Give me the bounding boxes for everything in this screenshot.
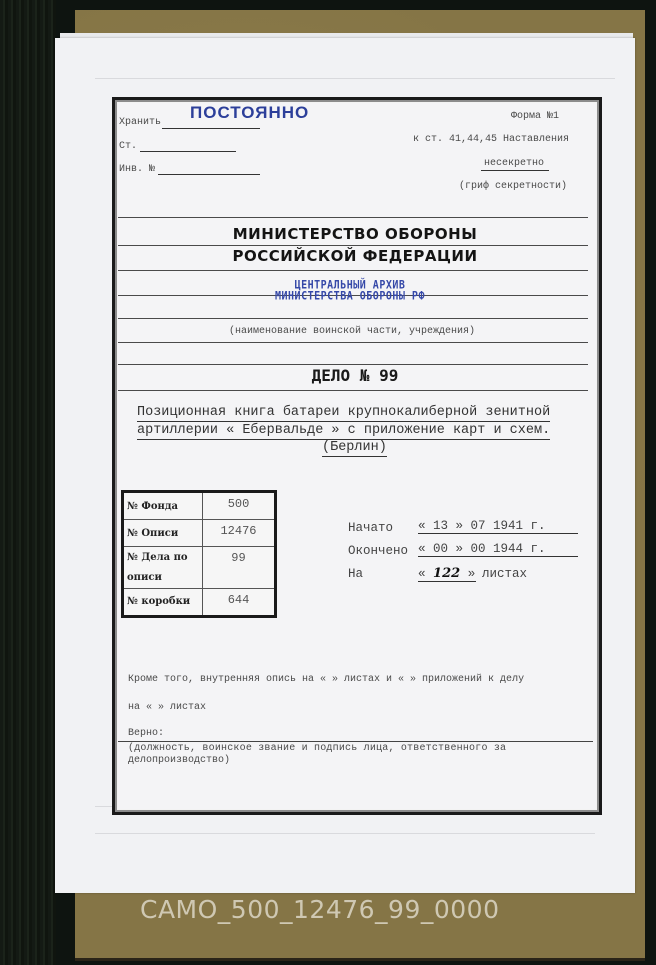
ministry-line-1: МИНИСТЕРСТВО ОБОРОНЫ [150,225,560,243]
store-label: Хранить [119,117,161,128]
opis-value: 12476 [203,520,276,547]
rule [118,342,588,343]
rule [118,318,588,319]
form-number: Форма №1 [511,111,559,122]
opis-label: № Описи [123,520,203,547]
responsible-caption-2: делопроизводство) [128,755,230,766]
ended-label: Окончено [348,544,408,558]
delo-label: № Дела по описи [123,547,203,588]
inventory-sheets-line: на « » листах [128,702,206,713]
signature-line [118,741,593,742]
started-value: « 13 » 07 1941 г. [418,519,578,534]
st-label: Ст. [119,141,137,152]
case-title-line-2: артиллерии « Ебервальде » с приложение к… [137,423,550,440]
fond-value: 500 [203,492,276,520]
permanent-stamp: ПОСТОЯННО [190,103,309,123]
folder-binding [0,0,56,965]
secrecy-caption: (гриф секретности) [459,181,567,192]
sheets-field: « 122 » [418,566,476,582]
sheets-suffix: листах [482,567,527,581]
rule [118,390,588,391]
store-line [162,128,260,129]
inv-line [158,174,260,175]
archive-watermark: САМО_500_12476_99_0000 [140,895,500,924]
case-title-line-3: (Берлин) [322,440,387,457]
box-value: 644 [203,588,276,616]
archive-id-table: № Фонда 500 № Описи 12476 № Дела по опис… [121,490,277,618]
sheets-label: На [348,567,363,581]
sheets-close-quote: » [468,567,476,581]
responsible-caption-1: (должность, воинское звание и подпись ли… [128,743,506,754]
fond-label: № Фонда [123,492,203,520]
unit-caption: (наименование воинской части, учреждения… [229,326,475,337]
st-line [140,151,236,152]
archive-stamp-line-2: МИНИСТЕРСТВА ОБОРОНЫ РФ [250,290,450,303]
inventory-line: Кроме того, внутренняя опись на « » лист… [128,674,524,685]
table-row: № Дела по описи 99 [123,547,276,588]
rule [118,217,588,218]
started-label: Начато [348,521,393,535]
sheets-count-handwritten: 122 [433,566,460,581]
rule [118,270,588,271]
article-reference: к ст. 41,44,45 Наставления [413,134,569,145]
case-heading: ДЕЛО № 99 [250,366,460,385]
table-row: № коробки 644 [123,588,276,616]
sheets-open-quote: « [418,567,426,581]
box-label: № коробки [123,588,203,616]
rule [118,245,588,246]
ministry-line-2: РОССИЙСКОЙ ФЕДЕРАЦИИ [150,247,560,265]
secrecy-line [481,170,549,171]
inv-label: Инв. № [119,164,155,175]
verified-label: Верно: [128,728,164,739]
table-row: № Описи 12476 [123,520,276,547]
delo-value: 99 [203,547,276,588]
case-title-line-1: Позиционная книга батареи крупнокалиберн… [137,405,550,422]
ended-value: « 00 » 00 1944 г. [418,542,578,557]
secrecy-value: несекретно [484,158,544,169]
rule [118,364,588,365]
table-row: № Фонда 500 [123,492,276,520]
